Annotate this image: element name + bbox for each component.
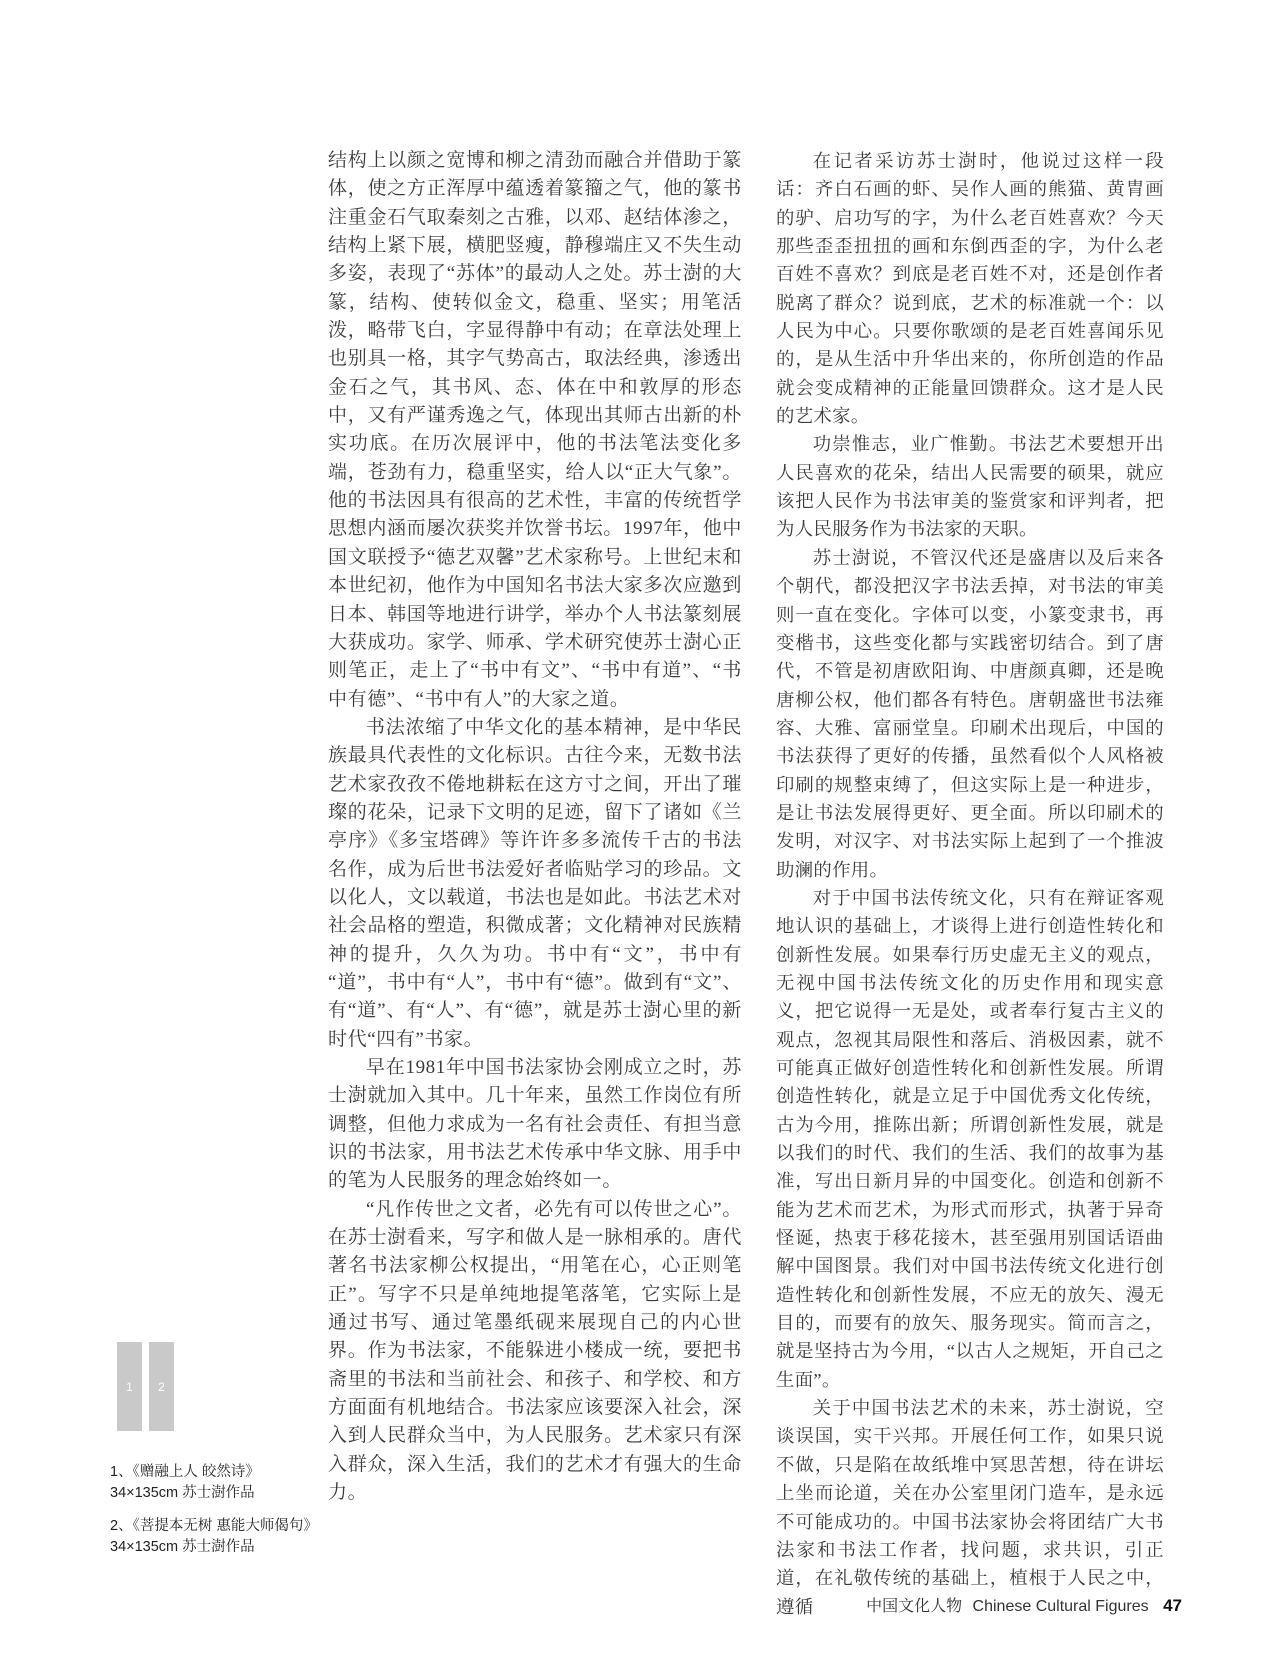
caption-detail: 34×135cm 苏士澍作品: [110, 1537, 340, 1558]
figure-captions: 1、《赠融上人 皎然诗》34×135cm 苏士澍作品2、《菩提本无树 惠能大师偈…: [110, 1462, 340, 1570]
journal-title-cn: 中国文化人物: [866, 1598, 962, 1615]
article-right-column: 在记者采访苏士澍时，他说过这样一段话：齐白石画的虾、吴作人画的熊猫、黄胄画的驴、…: [776, 147, 1164, 1621]
caption-title: 1、《赠融上人 皎然诗》: [110, 1462, 340, 1483]
article-paragraph: 苏士澍说，不管汉代还是盛唐以及后来各个朝代，都没把汉字书法丢掉，对书法的审美则一…: [776, 544, 1164, 884]
thumbnail-number: 1: [126, 1380, 133, 1394]
article-paragraph: 关于中国书法艺术的未来，苏士澍说，空谈误国，实干兴邦。开展任何工作，如果只说不做…: [776, 1394, 1164, 1621]
page-number: 47: [1163, 1596, 1182, 1615]
article-paragraph: 对于中国书法传统文化，只有在辩证客观地认识的基础上，才谈得上进行创造性转化和创新…: [776, 884, 1164, 1394]
figure-caption: 2、《菩提本无树 惠能大师偈句》34×135cm 苏士澍作品: [110, 1516, 340, 1558]
magazine-page: 结构上以颜之宽博和柳之清劲而融合并借助于篆体，使之方正浑厚中蕴透着篆籀之气，他的…: [0, 0, 1270, 1654]
artwork-thumbnail: 1: [117, 1342, 142, 1431]
artwork-thumbnails: 12: [117, 1342, 174, 1431]
figure-caption: 1、《赠融上人 皎然诗》34×135cm 苏士澍作品: [110, 1462, 340, 1504]
article-paragraph: 书法浓缩了中华文化的基本精神，是中华民族最具代表性的文化标识。古往今来，无数书法…: [328, 714, 742, 1054]
journal-title-en: Chinese Cultural Figures: [973, 1598, 1149, 1615]
caption-detail: 34×135cm 苏士澍作品: [110, 1483, 340, 1504]
thumbnail-number: 2: [158, 1380, 165, 1394]
article-paragraph: 早在1981年中国书法家协会刚成立之时，苏士澍就加入其中。几十年来，虽然工作岗位…: [328, 1054, 742, 1196]
article-paragraph: 功崇惟志，业广惟勤。书法艺术要想开出人民喜欢的花朵，结出人民需要的硕果，就应该把…: [776, 430, 1164, 543]
article-paragraph: 结构上以颜之宽博和柳之清劲而融合并借助于篆体，使之方正浑厚中蕴透着篆籀之气，他的…: [328, 147, 742, 714]
page-footer: 中国文化人物 Chinese Cultural Figures 47: [866, 1593, 1182, 1616]
artwork-thumbnail: 2: [149, 1342, 174, 1431]
caption-title: 2、《菩提本无树 惠能大师偈句》: [110, 1516, 340, 1537]
article-paragraph: “凡作传世之文者，必先有可以传世之心”。在苏士澍看来，写字和做人是一脉相承的。唐…: [328, 1196, 742, 1508]
article-paragraph: 在记者采访苏士澍时，他说过这样一段话：齐白石画的虾、吴作人画的熊猫、黄胄画的驴、…: [776, 147, 1164, 430]
article-left-column: 结构上以颜之宽博和柳之清劲而融合并借助于篆体，使之方正浑厚中蕴透着篆籀之气，他的…: [328, 147, 742, 1508]
